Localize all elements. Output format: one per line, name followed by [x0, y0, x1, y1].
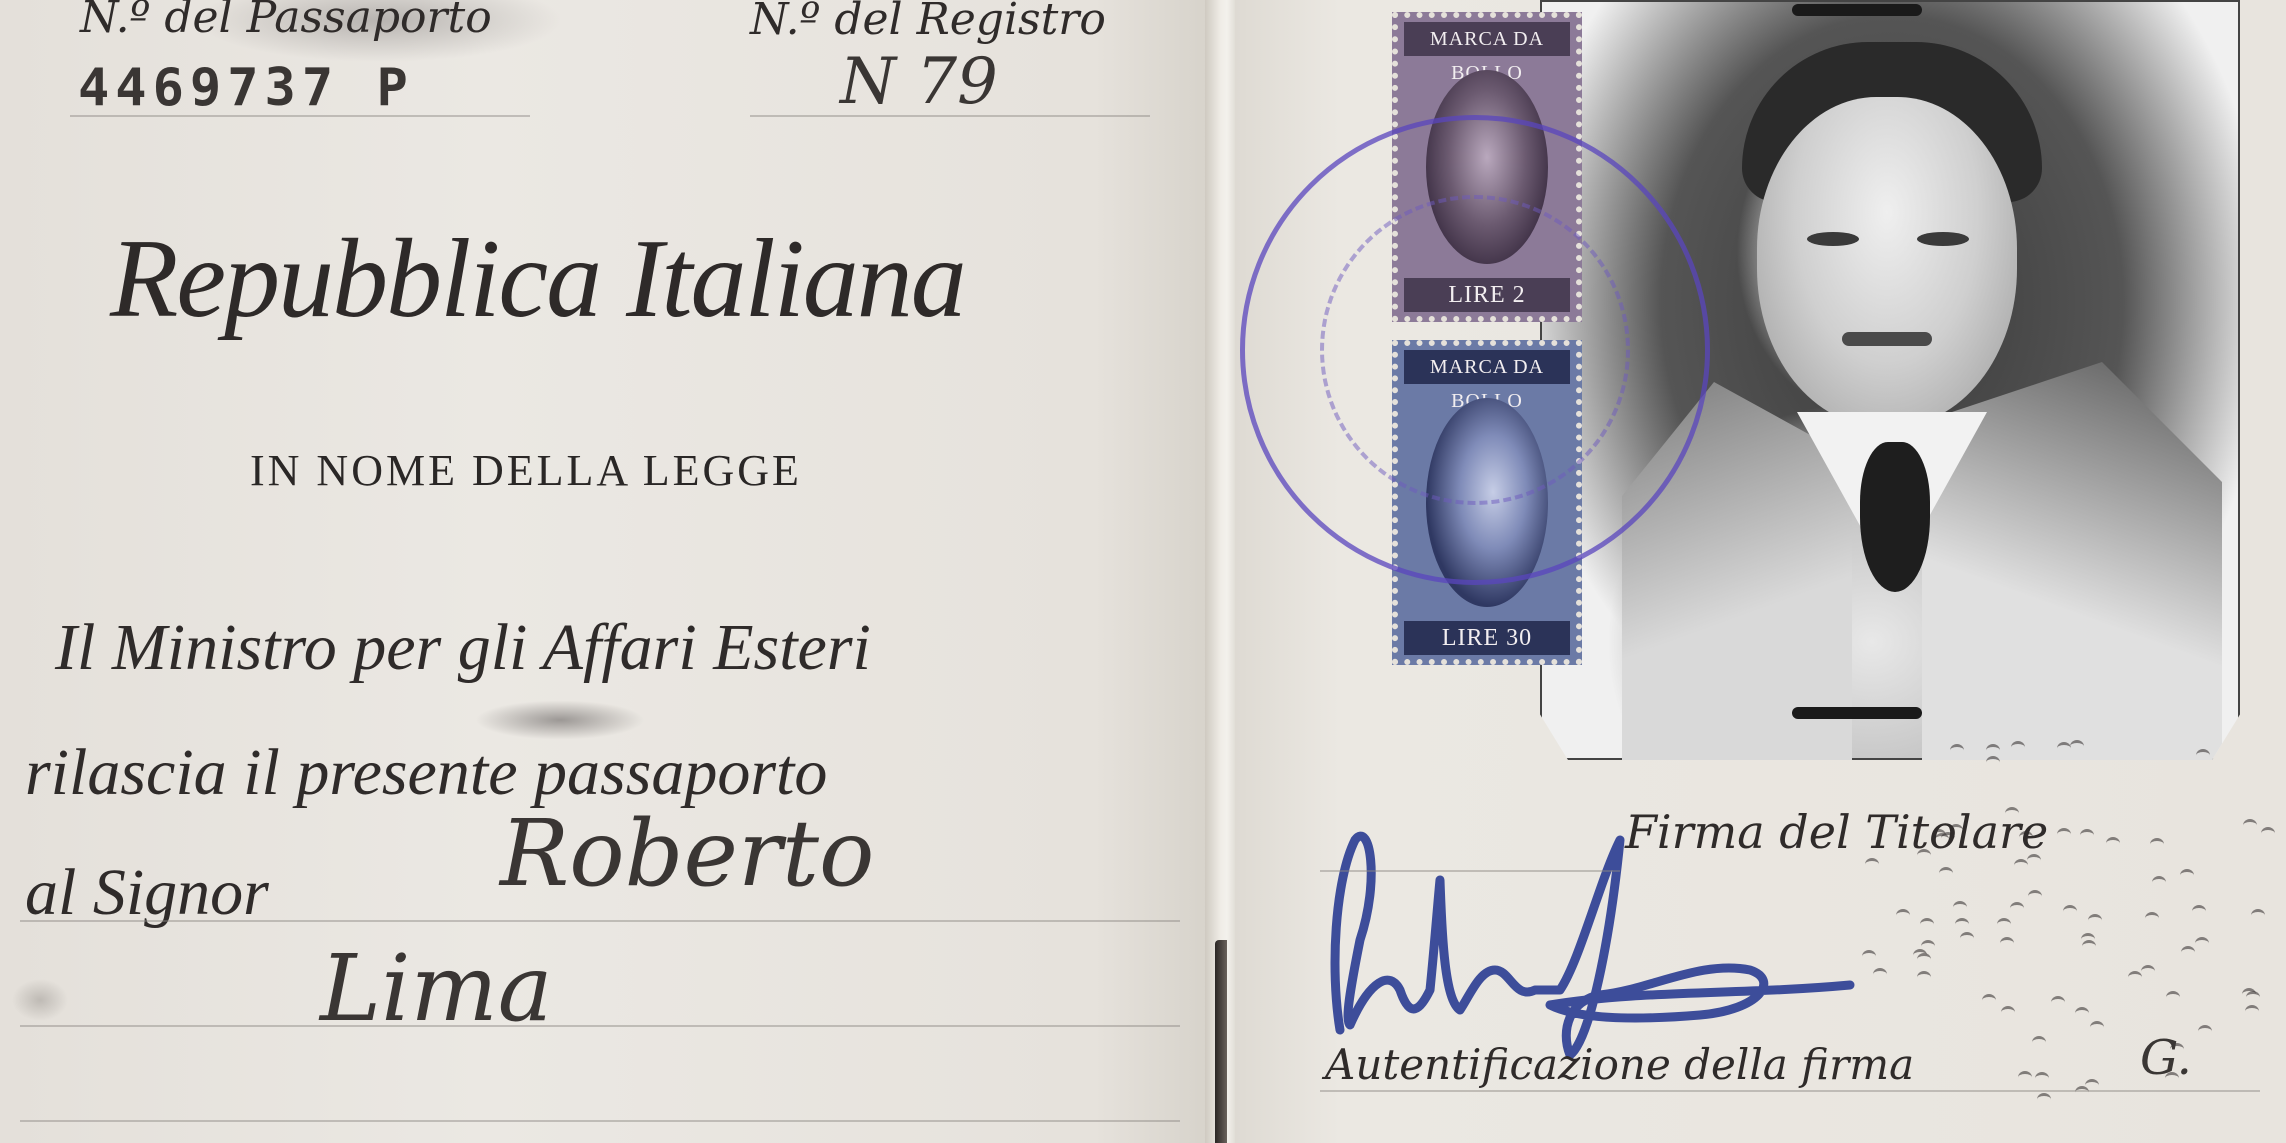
emboss-dot [2261, 827, 2275, 840]
emboss-dot [2251, 909, 2265, 922]
stamp-value-text: LIRE 30 [1404, 621, 1570, 655]
document-title: Repubblica Italiana [110, 215, 965, 344]
photo-eye-right [1917, 232, 1969, 246]
emboss-dot [1982, 994, 1996, 1007]
spine-tear [1215, 940, 1227, 1143]
emboss-dot [1955, 918, 1969, 931]
emboss-dot [2057, 742, 2071, 755]
holder-first-name: Roberto [500, 800, 874, 907]
name-rule-2 [20, 1025, 1180, 1027]
emboss-dot [2001, 1006, 2015, 1019]
authentication-rule [1320, 1090, 2260, 1092]
passport-number: 4469737 P [78, 58, 414, 118]
photo-tie [1860, 442, 1930, 592]
emboss-dot [2080, 829, 2094, 842]
emboss-dot [2014, 859, 2028, 872]
emboss-dot [2081, 933, 2095, 946]
emboss-dot [2070, 740, 2084, 753]
emboss-dot [2152, 876, 2166, 889]
photo-slot-top [1792, 4, 1922, 16]
emboss-dot [2243, 819, 2257, 832]
emboss-dot [1939, 867, 1953, 880]
emboss-dot [1997, 918, 2011, 931]
emboss-dot [2166, 991, 2180, 1004]
emboss-dot [2011, 741, 2025, 754]
cancellation-stamp-inner-ring [1320, 195, 1630, 505]
emboss-dot [2051, 996, 2065, 1009]
emboss-dot [2180, 869, 2194, 882]
emboss-dot [1953, 901, 1967, 914]
emboss-dot [2245, 1005, 2259, 1018]
emboss-dot [2150, 838, 2164, 851]
name-rule-1 [20, 920, 1180, 922]
emboss-dot [2063, 905, 2077, 918]
photo-slot-bottom [1792, 707, 1922, 719]
emboss-dot [2010, 902, 2024, 915]
emboss-dot [2195, 937, 2209, 950]
register-number: N 79 [840, 45, 998, 119]
emboss-dot [2035, 1072, 2049, 1085]
emboss-dot [2141, 965, 2155, 978]
emboss-dot [2032, 1036, 2046, 1049]
authentication-mark: G. [2140, 1030, 2192, 1086]
emboss-dot [2000, 937, 2014, 950]
body-line-1: Il Ministro per gli Affari Esteri [55, 610, 871, 686]
emboss-dot [2018, 1071, 2032, 1084]
emboss-dot [1986, 744, 2000, 757]
emboss-dot [2145, 912, 2159, 925]
passport-number-rule [70, 115, 530, 117]
emboss-dot [2075, 1007, 2089, 1020]
left-page: N.º del Passaporto 4469737 P N.º del Reg… [0, 0, 1215, 1143]
emboss-dot [2028, 890, 2042, 903]
photo-eye-left [1807, 232, 1859, 246]
emboss-dot [2198, 1025, 2212, 1038]
authentication-label: Autentificazione della firma [1325, 1040, 1914, 1089]
signature-rule [1320, 870, 1620, 872]
passport-number-label: N.º del Passaporto [80, 0, 492, 43]
name-rule-3 [20, 1120, 1180, 1122]
emboss-dot [2057, 828, 2071, 841]
emboss-dot [2128, 971, 2142, 984]
emboss-dot [2088, 914, 2102, 927]
emboss-dot [2196, 749, 2210, 762]
emboss-dot [1986, 756, 2000, 769]
emboss-dot [1950, 744, 1964, 757]
photo-face [1757, 97, 2017, 427]
emboss-dot [2090, 1021, 2104, 1034]
register-number-rule [750, 115, 1150, 117]
emboss-dot [2246, 991, 2260, 1004]
emboss-dot [1960, 932, 1974, 945]
holder-signature [1320, 820, 1940, 1060]
document-subtitle: IN NOME DELLA LEGGE [250, 445, 802, 496]
emboss-dot [2037, 1093, 2051, 1106]
emboss-dot [2181, 946, 2195, 959]
photo-mustache [1842, 332, 1932, 346]
emboss-dot [2192, 905, 2206, 918]
emboss-dot [2106, 837, 2120, 850]
register-number-label: N.º del Registro [750, 0, 1106, 45]
stamp-top-text: MARCA DA BOLLO [1404, 22, 1570, 56]
